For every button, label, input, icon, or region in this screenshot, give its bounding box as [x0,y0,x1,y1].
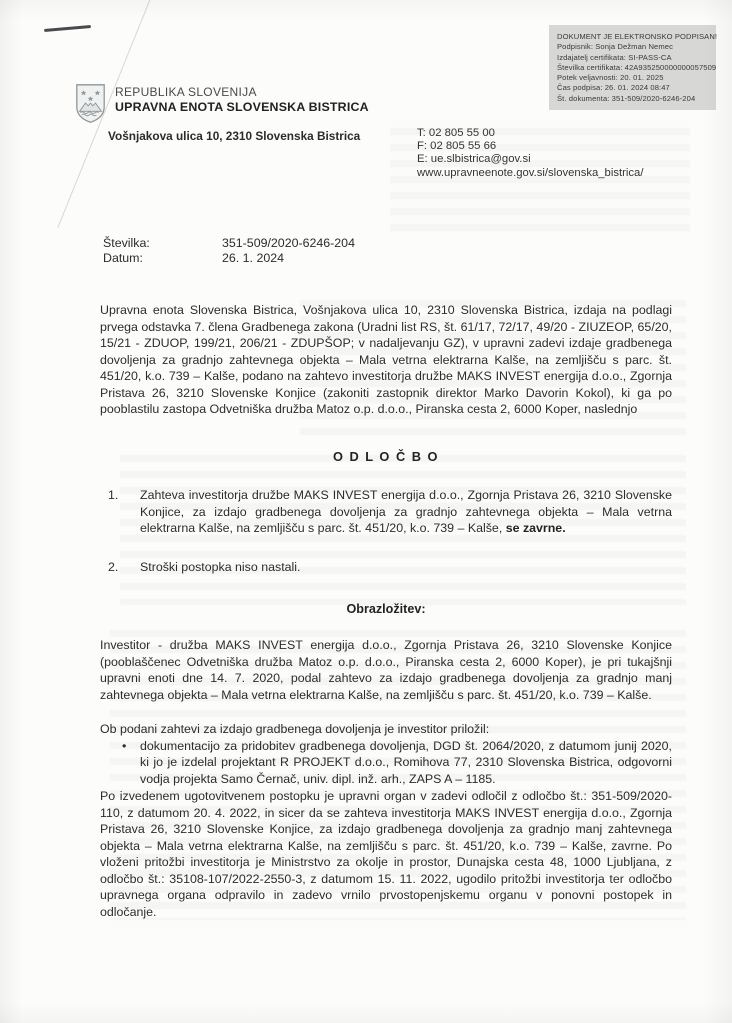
attachments-intro: Ob podani zahtevi za izdajo gradbenega d… [100,721,672,738]
signature-stamp: DOKUMENT JE ELEKTRONSKO PODPISAN! Podpis… [549,25,716,110]
explanation-paragraph-3: Po izvedenem ugotovitvenem postopku je u… [100,788,672,920]
stamp-line: DOKUMENT JE ELEKTRONSKO PODPISAN! [557,32,708,42]
decision-item-2: 2. Stroški postopka niso nastali. [108,559,672,576]
intro-paragraph: Upravna enota Slovenska Bistrica, Vošnja… [100,302,672,418]
contact-email: E: ue.slbistrica@gov.si [417,153,643,166]
doc-date-label: Datum: [103,251,222,266]
office-address: Vošnjakova ulica 10, 2310 Slovenska Bist… [108,129,360,143]
slovenia-coat-of-arms-icon [69,83,112,125]
scanned-document-page: DOKUMENT JE ELEKTRONSKO PODPISAN! Podpis… [0,0,732,1023]
attachment-text: dokumentacijo za pridobitev gradbenega d… [140,738,672,788]
item-text: Zahteva investitorja družbe MAKS INVEST … [140,488,672,535]
contact-website: www.upravneenote.gov.si/slovenska_bistri… [417,167,643,180]
item-text-bold: se zavrne. [506,521,566,535]
item-number: 1. [108,487,118,504]
contact-block: T: 02 805 55 00 F: 02 805 55 66 E: ue.sl… [417,127,643,180]
stamp-line: Potek veljavnosti: 20. 01. 2025 [557,73,708,83]
doc-number-label: Številka: [103,236,222,251]
scan-artifact-mark [44,25,91,32]
explanation-title: Obrazložitev: [100,601,672,618]
office-name: UPRAVNA ENOTA SLOVENSKA BISTRICA [115,100,369,114]
doc-number-value: 351-509/2020-6246-204 [222,236,355,251]
stamp-line: Številka certifikata: 42A935250000000057… [557,63,708,73]
stamp-line: Čas podpisa: 26. 01. 2024 08:47 [557,83,708,93]
document-meta: Številka: 351-509/2020-6246-204 Datum: 2… [103,236,355,266]
stamp-line: Št. dokumenta: 351-509/2020-6246-204 [557,94,708,104]
doc-date-value: 26. 1. 2024 [222,251,284,266]
contact-fax: F: 02 805 55 66 [417,140,643,153]
bullet-icon: • [122,738,126,755]
decision-title: O D L O Č B O [100,449,672,466]
explanation-paragraph-1: Investitor - družba MAKS INVEST energija… [100,637,672,703]
decision-item-1: 1. Zahteva investitorja družbe MAKS INVE… [108,487,672,537]
item-number: 2. [108,559,118,576]
stamp-line: Izdajatelj certifikata: SI-PASS-CA [557,53,708,63]
country-name: REPUBLIKA SLOVENIJA [115,85,369,99]
contact-phone: T: 02 805 55 00 [417,127,643,140]
attachments-section: Ob podani zahtevi za izdajo gradbenega d… [100,721,672,787]
attachment-list-item: • dokumentacijo za pridobitev gradbenega… [100,738,672,788]
item-text: Stroški postopka niso nastali. [140,560,300,574]
stamp-line: Podpisnik: Sonja Dežman Nemec [557,42,708,52]
letterhead: REPUBLIKA SLOVENIJA UPRAVNA ENOTA SLOVEN… [115,85,369,114]
